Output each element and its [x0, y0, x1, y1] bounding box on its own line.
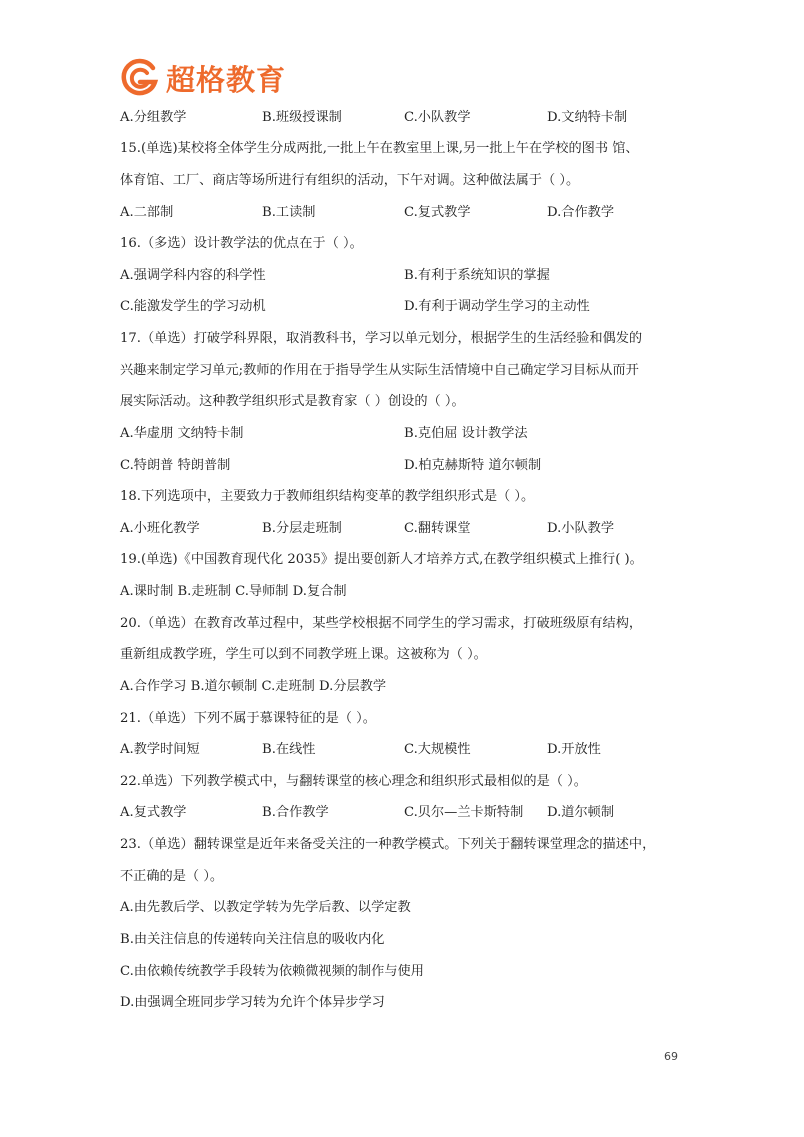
option-row: C.能激发学生的学习动机D.有利于调动学生学习的主动性 [120, 297, 690, 317]
answer-option: C.复式教学 [404, 203, 471, 223]
option-row: A.分组教学B.班级授课制C.小队教学D.文纳特卡制 [120, 108, 690, 128]
option-row: C.特朗普 特朗普制D.柏克赫斯特 道尔顿制 [120, 456, 690, 476]
answer-option: D.有利于调动学生学习的主动性 [404, 297, 590, 317]
text-line: 15.(单选)某校将全体学生分成两批,一批上午在教室里上课,另一批上午在学校的图… [120, 139, 639, 159]
text-line: 体育馆、工厂、商店等场所进行有组织的活动，下午对调。这种做法属于（ ）。 [120, 171, 579, 191]
option-row: A.教学时间短B.在线性C.大规模性D.开放性 [120, 740, 690, 760]
text-line: 21.（单选）下列不属于慕课特征的是（ ）。 [120, 709, 376, 729]
answer-option: C.小队教学 [404, 108, 471, 128]
text-line: 重新组成教学班，学生可以到不同教学班上课。这被称为（ ）。 [120, 645, 487, 665]
text-line: 22.单选）下列教学模式中，与翻转课堂的核心理念和组织形式最相似的是（ ）。 [120, 772, 587, 792]
text-line: C.由依赖传统教学手段转为依赖微视频的制作与使用 [120, 962, 424, 982]
option-row: A.小班化教学B.分层走班制C.翻转课堂D.小队教学 [120, 519, 690, 539]
text-line: 20.（单选）在教育改革过程中，某些学校根据不同学生的学习需求，打破班级原有结构… [120, 614, 642, 634]
answer-option: A.分组教学 [120, 108, 186, 128]
answer-option: C.翻转课堂 [404, 519, 471, 539]
text-line: 兴趣来制定学习单元;教师的作用在于指导学生从实际生活情境中自己确定学习目标从而开 [120, 361, 639, 381]
text-line: 23.（单选）翻转课堂是近年来备受关注的一种教学模式。下列关于翻转课堂理念的描述… [120, 835, 655, 855]
answer-option: B.在线性 [262, 740, 315, 760]
answer-option: A.二部制 [120, 203, 173, 223]
answer-option: B.有利于系统知识的掌握 [404, 266, 550, 286]
text-line: B.由关注信息的传递转向关注信息的吸收内化 [120, 930, 384, 950]
answer-option: B.合作教学 [262, 803, 329, 823]
answer-option: B.工读制 [262, 203, 315, 223]
text-line: 19.(单选)《中国教育现代化 2035》提出要创新人才培养方式,在教学组织模式… [120, 550, 643, 570]
answer-option: C.贝尔—兰卡斯特制 [404, 803, 523, 823]
answer-option: B.克伯屈 设计教学法 [404, 424, 528, 444]
answer-option: A.小班化教学 [120, 519, 200, 539]
text-line: 16.（多选）设计教学法的优点在于（ ）。 [120, 234, 363, 254]
text-line: 不正确的是（ ）。 [120, 867, 223, 887]
option-row: A.华虚朋 文纳特卡制B.克伯屈 设计教学法 [120, 424, 690, 444]
text-line: 展实际活动。这种教学组织形式是教育家（ ）创设的（ ）。 [120, 392, 465, 412]
answer-option: A.强调学科内容的科学性 [120, 266, 266, 286]
answer-option: D.小队教学 [547, 519, 614, 539]
text-line: D.由强调全班同步学习转为允许个体异步学习 [120, 993, 385, 1013]
text-line: 18.下列选项中，主要致力于教师组织结构变革的教学组织形式是（ ）。 [120, 487, 534, 507]
g-swirl-logo-icon [120, 58, 160, 98]
option-row: A.强调学科内容的科学性B.有利于系统知识的掌握 [120, 266, 690, 286]
text-line: A.课时制 B.走班制 C.导师制 D.复合制 [120, 582, 347, 602]
option-row: A.二部制B.工读制C.复式教学D.合作教学 [120, 203, 690, 223]
answer-option: C.能激发学生的学习动机 [120, 297, 266, 317]
brand-name: 超格教育 [166, 58, 286, 99]
text-line: A.由先教后学、以教定学转为先学后教、以学定教 [120, 898, 411, 918]
answer-option: D.合作教学 [547, 203, 614, 223]
answer-option: B.班级授课制 [262, 108, 342, 128]
answer-option: A.教学时间短 [120, 740, 200, 760]
answer-option: B.分层走班制 [262, 519, 342, 539]
answer-option: A.复式教学 [120, 803, 186, 823]
option-row: A.复式教学B.合作教学C.贝尔—兰卡斯特制D.道尔顿制 [120, 803, 690, 823]
text-line: A.合作学习 B.道尔顿制 C.走班制 D.分层教学 [120, 677, 386, 697]
answer-option: D.道尔顿制 [547, 803, 614, 823]
text-line: 17.（单选）打破学科界限，取消教科书，学习以单元划分，根据学生的生活经验和偶发… [120, 329, 642, 349]
answer-option: D.文纳特卡制 [547, 108, 627, 128]
answer-option: D.柏克赫斯特 道尔顿制 [404, 456, 541, 476]
page-number: 69 [664, 1050, 678, 1063]
answer-option: D.开放性 [547, 740, 601, 760]
answer-option: C.特朗普 特朗普制 [120, 456, 230, 476]
brand-logo: 超格教育 [120, 58, 286, 98]
answer-option: A.华虚朋 文纳特卡制 [120, 424, 243, 444]
answer-option: C.大规模性 [404, 740, 471, 760]
